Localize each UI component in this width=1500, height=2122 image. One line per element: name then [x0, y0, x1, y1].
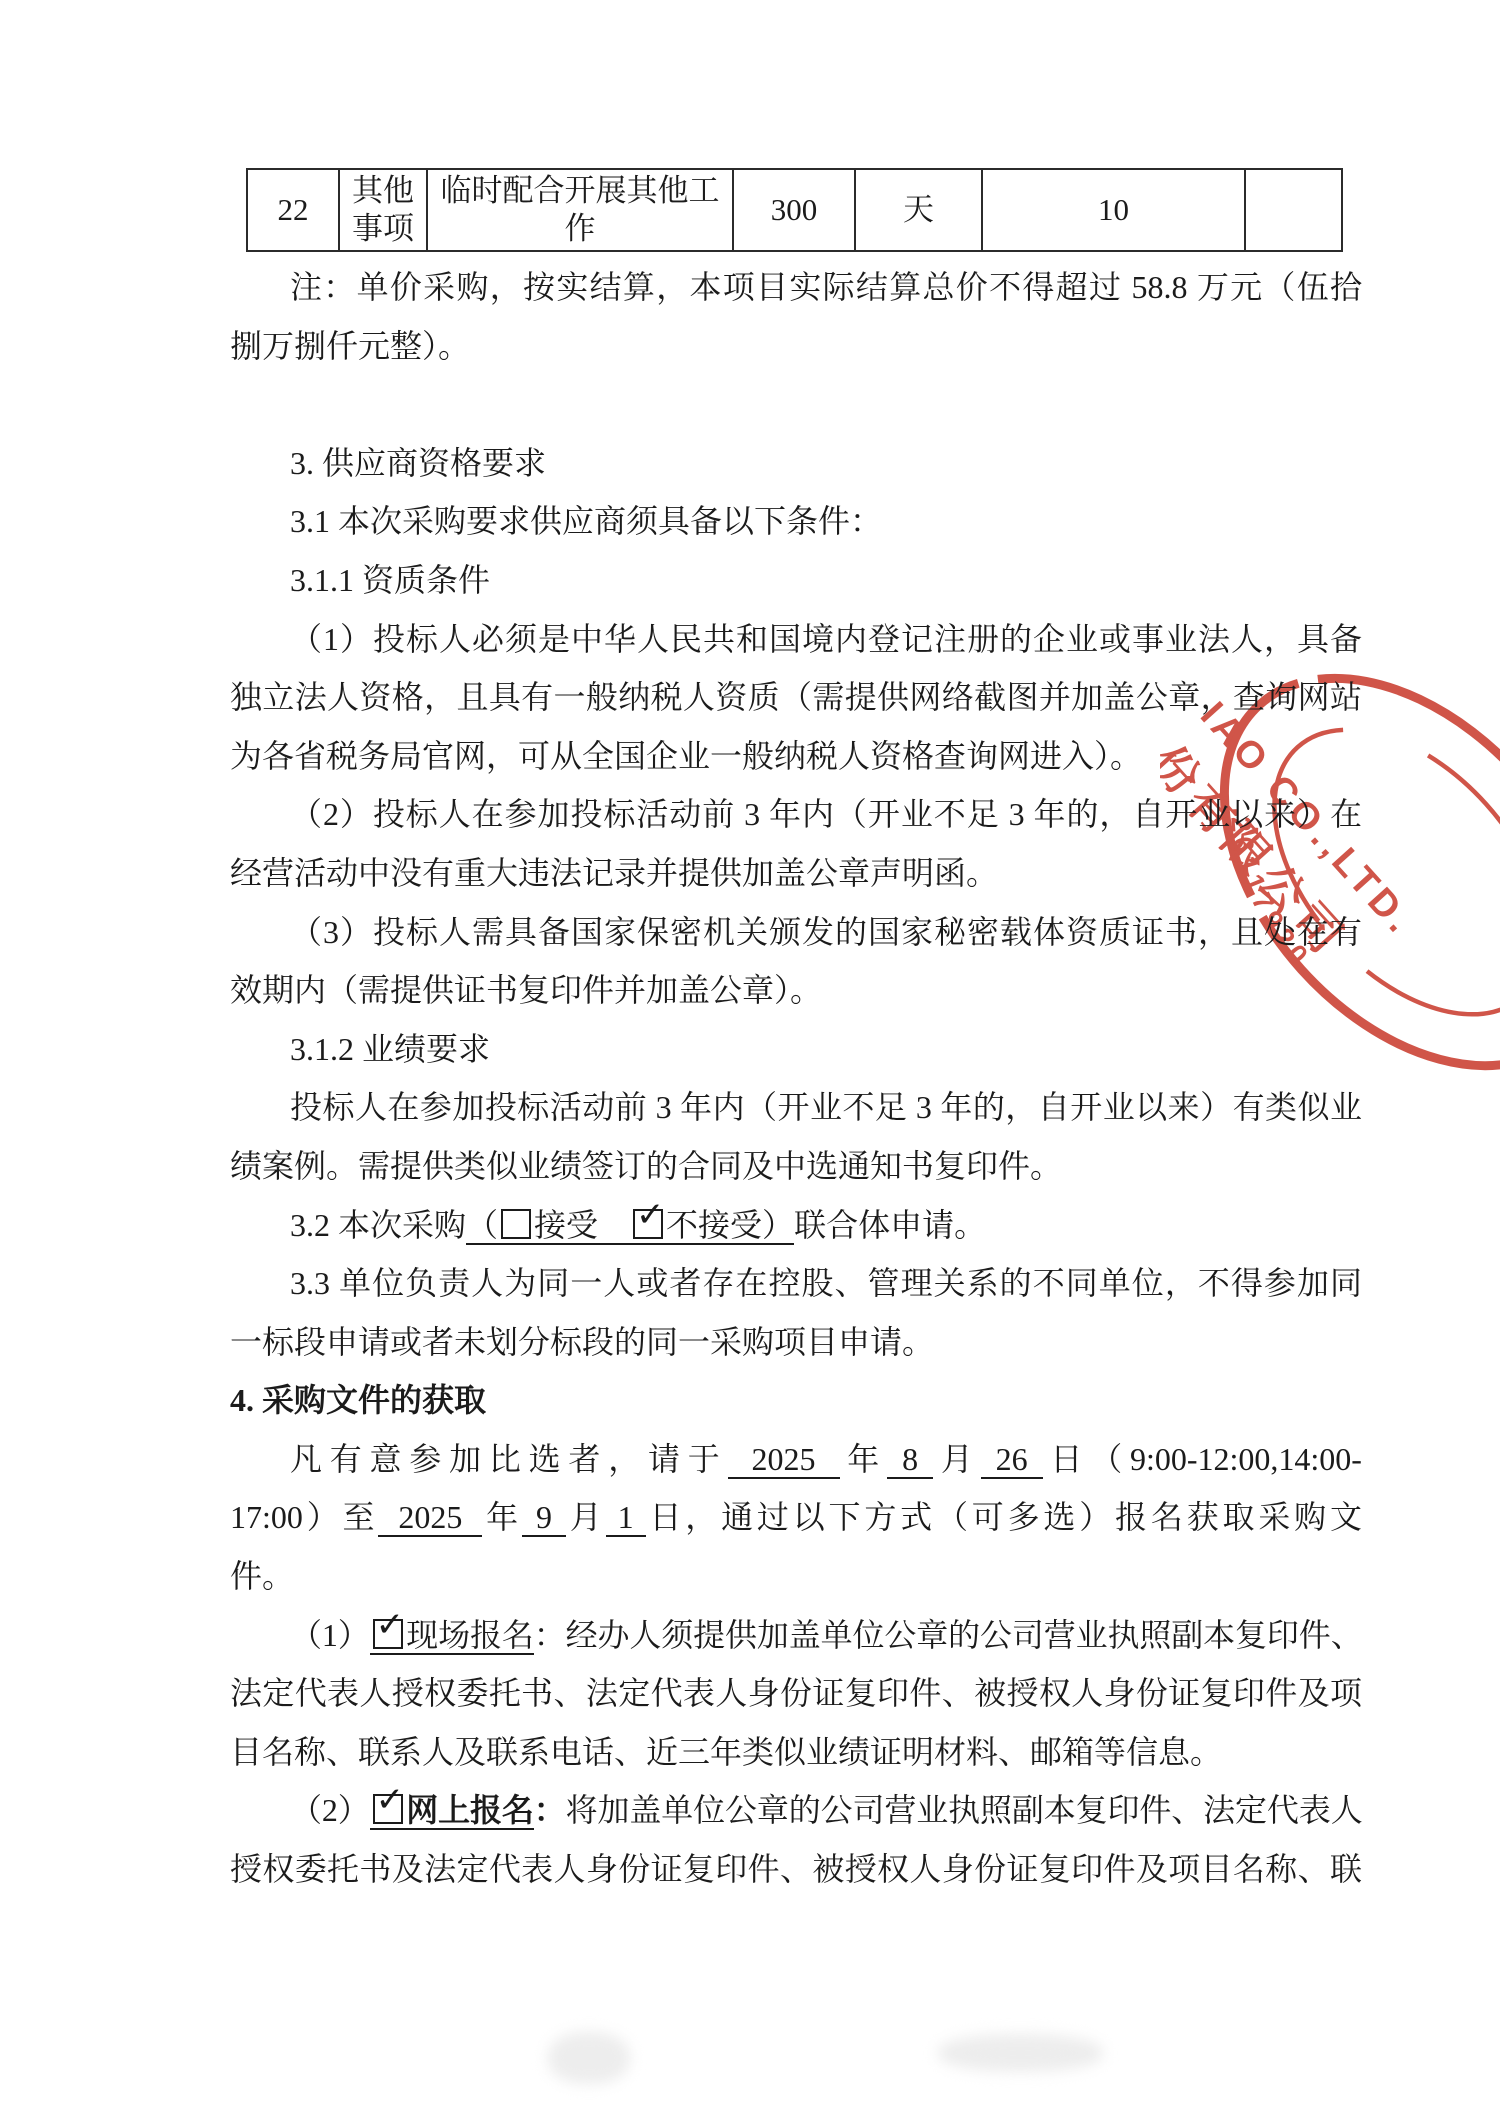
text-run: 将加盖单位公章的公司营业执照副本复印件、法定代表人 [566, 1792, 1362, 1828]
text-run: 26 [981, 1441, 1043, 1479]
text-run: 1 [606, 1499, 646, 1537]
text-run: 月 [566, 1499, 606, 1535]
text-run: 投标人在参加投标活动前 3 年内（开业不足 3 年的，自开业以来）有类似业 [290, 1089, 1362, 1125]
text-run: 现场报名 [406, 1617, 534, 1653]
text-run: 捌万捌仟元整）。 [230, 328, 470, 364]
text-run: 目名称、联系人及联系电话、近三年类似业绩证明材料、邮箱等信息。 [230, 1734, 1222, 1770]
doc-line: 凡有意参加比选者，请于2025年8月26日（9:00-12:00,14:00- [230, 1430, 1362, 1489]
doc-line: 目名称、联系人及联系电话、近三年类似业绩证明材料、邮箱等信息。 [230, 1723, 1362, 1782]
doc-line: 3. 供应商资格要求 [230, 434, 1362, 493]
underlined-group: 网上报名 [370, 1792, 534, 1830]
text-run: 3.3 单位负责人为同一人或者存在控股、管理关系的不同单位，不得参加同 [290, 1265, 1362, 1301]
text-run: 凡有意参加比选者，请于 [290, 1441, 728, 1477]
text-run: （ [466, 1207, 498, 1243]
table-cell: 其他事项 [339, 169, 427, 251]
text-run: 2025 [728, 1441, 840, 1479]
text-run: ： [534, 1792, 566, 1828]
doc-line: 绩案例。需提供类似业绩签订的合同及中选通知书复印件。 [230, 1137, 1362, 1196]
text-run: 日，通过以下方式（可多选）报名获取采购文 [646, 1499, 1362, 1535]
doc-line: （2）投标人在参加投标活动前 3 年内（开业不足 3 年的，自开业以来）在 [230, 785, 1362, 844]
doc-line: 授权委托书及法定代表人身份证复印件、被授权人身份证复印件及项目名称、联 [230, 1840, 1362, 1899]
underlined-group: 现场报名 [370, 1617, 534, 1655]
doc-line: 注：单价采购，按实结算，本项目实际结算总价不得超过 58.8 万元（伍拾 [230, 258, 1362, 317]
text-run: 网上报名 [406, 1792, 534, 1828]
text-run: 3.1.2 业绩要求 [290, 1031, 490, 1067]
text-run: 年 [840, 1441, 888, 1477]
doc-line: 3.1.2 业绩要求 [230, 1020, 1362, 1079]
table-cell: 22 [247, 169, 339, 251]
table-row: 22其他事项临时配合开展其他工作300天10 [247, 169, 1342, 251]
text-run: 注：单价采购，按实结算，本项目实际结算总价不得超过 58.8 万元（伍拾 [290, 269, 1362, 305]
text-run: （3）投标人需具备国家保密机关颁发的国家秘密载体资质证书，且处在有 [290, 914, 1362, 950]
scan-artifact [548, 2032, 630, 2084]
doc-line: 件。 [230, 1547, 1362, 1606]
doc-line: 捌万捌仟元整）。 [230, 317, 1362, 376]
doc-line: 经营活动中没有重大违法记录并提供加盖公章声明函。 [230, 844, 1362, 903]
doc-line: （3）投标人需具备国家保密机关颁发的国家秘密载体资质证书，且处在有 [230, 903, 1362, 962]
text-run: 件。 [230, 1558, 294, 1594]
table-cell: 10 [982, 169, 1245, 251]
doc-line: 一标段申请或者未划分标段的同一采购项目申请。 [230, 1313, 1362, 1372]
scan-artifact [938, 2034, 1103, 2072]
section-4-heading: 4. 采购文件的获取 [230, 1371, 1362, 1430]
text-run: 2025 [378, 1499, 482, 1537]
table-cell [1245, 169, 1342, 251]
doc-line: （1）现场报名：经办人须提供加盖单位公章的公司营业执照副本复印件、 [230, 1606, 1362, 1665]
doc-line: 3.1.1 资质条件 [230, 551, 1362, 610]
table-cell: 天 [855, 169, 982, 251]
text-run: 年 [482, 1499, 522, 1535]
text-run: 一标段申请或者未划分标段的同一采购项目申请。 [230, 1324, 934, 1360]
text-run: 联合体申请。 [794, 1207, 986, 1243]
text-run: 接受 [534, 1207, 630, 1243]
text-run: 9 [522, 1499, 566, 1537]
spec-table: 22其他事项临时配合开展其他工作300天10 [246, 168, 1343, 252]
text-run: 月 [933, 1441, 981, 1477]
doc-line: 效期内（需提供证书复印件并加盖公章）。 [230, 961, 1362, 1020]
doc-line [230, 375, 1362, 434]
text-run: 17:00）至 [230, 1499, 378, 1535]
doc-line: 独立法人资格，且具有一般纳税人资质（需提供网络截图并加盖公章，查询网站 [230, 668, 1362, 727]
text-run: （2）投标人在参加投标活动前 3 年内（开业不足 3 年的，自开业以来）在 [290, 796, 1362, 832]
scanned-document-page: { "page": { "background": "#ffffff", "in… [0, 0, 1500, 2122]
text-run: 经营活动中没有重大违法记录并提供加盖公章声明函。 [230, 855, 998, 891]
text-run: 授权委托书及法定代表人身份证复印件、被授权人身份证复印件及项目名称、联 [230, 1851, 1362, 1887]
checkbox-checked-icon [373, 1619, 403, 1649]
doc-line: （1）投标人必须是中华人民共和国境内登记注册的企业或事业法人，具备 [230, 610, 1362, 669]
text-run: 8 [887, 1441, 933, 1479]
text-run: （1）投标人必须是中华人民共和国境内登记注册的企业或事业法人，具备 [290, 621, 1362, 657]
doc-line: 17:00）至2025年9月1日，通过以下方式（可多选）报名获取采购文 [230, 1488, 1362, 1547]
text-run: （2） [290, 1792, 370, 1828]
table-cell: 300 [733, 169, 855, 251]
text-run: （1） [290, 1617, 370, 1653]
checkbox-unchecked-icon [501, 1209, 531, 1239]
text-run: 日（9:00-12:00,14:00- [1043, 1441, 1362, 1477]
text-run: 3.1 本次采购要求供应商须具备以下条件： [290, 503, 882, 539]
doc-line: 3.2 本次采购（接受 不接受）联合体申请。 [230, 1196, 1362, 1255]
text-run: 3.1.1 资质条件 [290, 562, 490, 598]
text-run: 独立法人资格，且具有一般纳税人资质（需提供网络截图并加盖公章，查询网站 [230, 679, 1362, 715]
underlined-group: （接受 不接受） [466, 1207, 794, 1245]
text-run: 3.2 本次采购 [290, 1207, 466, 1243]
text-run: 不接受） [666, 1207, 794, 1243]
text-run: 绩案例。需提供类似业绩签订的合同及中选通知书复印件。 [230, 1148, 1062, 1184]
document-body: 注：单价采购，按实结算，本项目实际结算总价不得超过 58.8 万元（伍拾捌万捌仟… [230, 258, 1362, 1899]
doc-line: 3.3 单位负责人为同一人或者存在控股、管理关系的不同单位，不得参加同 [230, 1254, 1362, 1313]
text-run: 效期内（需提供证书复印件并加盖公章）。 [230, 972, 822, 1008]
doc-line: 投标人在参加投标活动前 3 年内（开业不足 3 年的，自开业以来）有类似业 [230, 1078, 1362, 1137]
doc-line: （2）网上报名：将加盖单位公章的公司营业执照副本复印件、法定代表人 [230, 1781, 1362, 1840]
text-run: 3. 供应商资格要求 [290, 445, 546, 481]
text-run: ：经办人须提供加盖单位公章的公司营业执照副本复印件、 [534, 1617, 1362, 1653]
checkbox-checked-icon [633, 1209, 663, 1239]
doc-line: 3.1 本次采购要求供应商须具备以下条件： [230, 492, 1362, 551]
doc-line: 法定代表人授权委托书、法定代表人身份证复印件、被授权人身份证复印件及项 [230, 1664, 1362, 1723]
text-run: 4. 采购文件的获取 [230, 1382, 486, 1418]
doc-line: 为各省税务局官网，可从全国企业一般纳税人资格查询网进入）。 [230, 727, 1362, 786]
table-cell: 临时配合开展其他工作 [427, 169, 733, 251]
text-run: 法定代表人授权委托书、法定代表人身份证复印件、被授权人身份证复印件及项 [230, 1675, 1362, 1711]
text-run: 为各省税务局官网，可从全国企业一般纳税人资格查询网进入）。 [230, 738, 1142, 774]
checkbox-checked-icon [373, 1794, 403, 1824]
